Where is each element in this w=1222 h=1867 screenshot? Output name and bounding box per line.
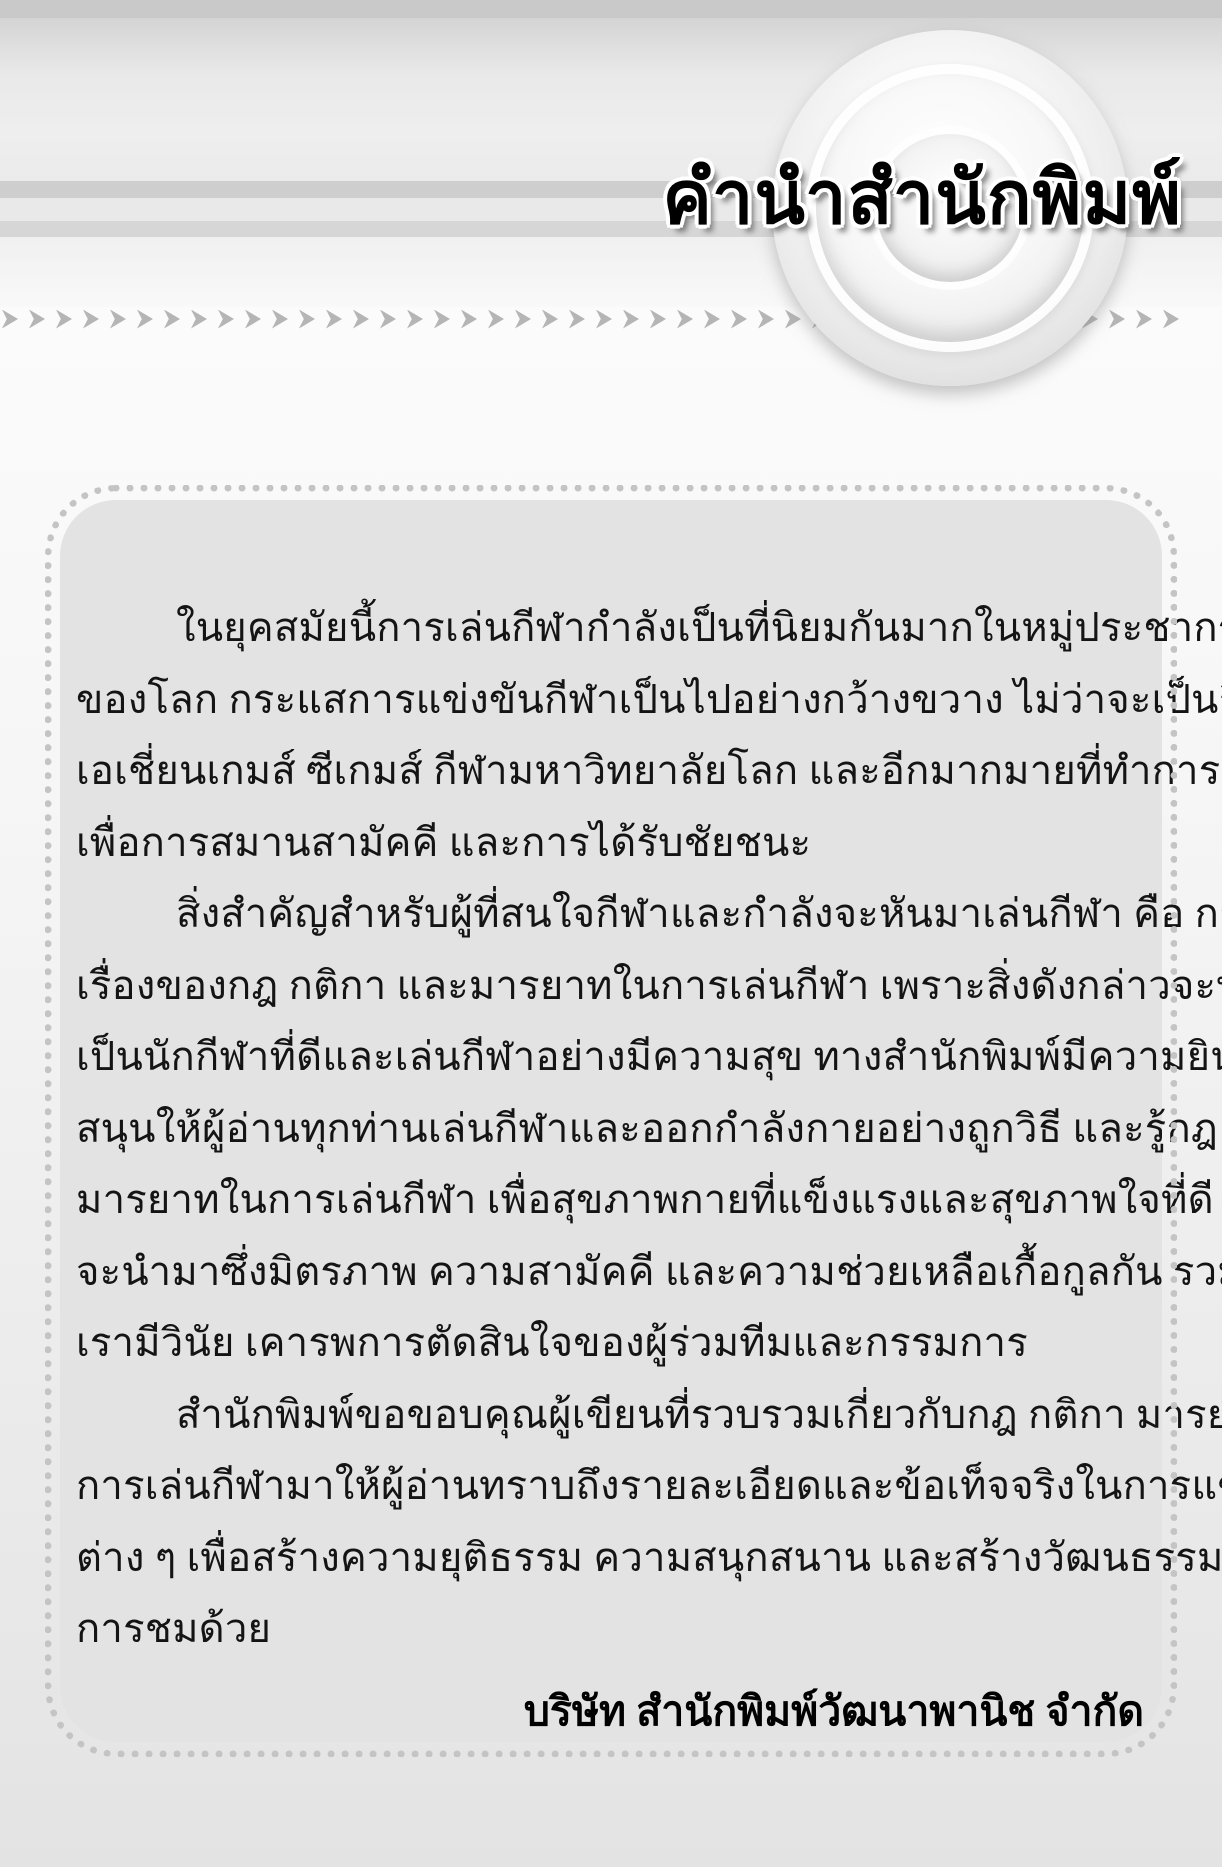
page-header: คำนำสำนักพิมพ์ <box>0 0 1222 400</box>
right-arrowhead-icon <box>731 310 747 329</box>
right-arrowhead-icon <box>677 310 693 329</box>
body-text-line: สนุนให้ผู้อ่านทุกท่านเล่นกีฬาและออกกำลัง… <box>76 1093 1148 1165</box>
right-arrowhead-icon <box>137 310 153 329</box>
body-text-line: สิ่งสำคัญสำหรับผู้ที่สนใจกีฬาและกำลังจะห… <box>76 878 1148 950</box>
paragraph: สำนักพิมพ์ขอขอบคุณผู้เขียนที่รวบรวมเกี่ย… <box>76 1379 1148 1665</box>
right-arrowhead-icon <box>758 310 774 329</box>
right-arrowhead-icon <box>461 310 477 329</box>
body-text-line: ในยุคสมัยนี้การเล่นกีฬากำลังเป็นที่นิยมก… <box>76 592 1148 664</box>
paragraph: ในยุคสมัยนี้การเล่นกีฬากำลังเป็นที่นิยมก… <box>76 592 1148 878</box>
body-text-line: ต่าง ๆ เพื่อสร้างความยุติธรรม ความสนุกสน… <box>76 1522 1148 1594</box>
right-arrowhead-icon <box>191 310 207 329</box>
body-text-line: เอเชี่ยนเกมส์ ซีเกมส์ กีฬามหาวิทยาลัยโลก… <box>76 735 1148 807</box>
top-bar <box>0 0 1222 18</box>
body-text-line: จะนำมาซึ่งมิตรภาพ ความสามัคคี และความช่ว… <box>76 1236 1148 1308</box>
right-arrowhead-icon <box>56 310 72 329</box>
right-arrowhead-icon <box>29 310 45 329</box>
right-arrowhead-icon <box>407 310 423 329</box>
body-text-line: เป็นนักกีฬาที่ดีและเล่นกีฬาอย่างมีความสุ… <box>76 1021 1148 1093</box>
page-title: คำนำสำนักพิมพ์ <box>662 158 1182 239</box>
right-arrowhead-icon <box>218 310 234 329</box>
body-text-line: ของโลก กระแสการแข่งขันกีฬาเป็นไปอย่างกว้… <box>76 664 1148 736</box>
right-arrowhead-icon <box>1136 310 1152 329</box>
right-arrowhead-icon <box>488 310 504 329</box>
body-text-line: เรื่องของกฎ กติกา และมารยาทในการเล่นกีฬา… <box>76 950 1148 1022</box>
body-text: ในยุคสมัยนี้การเล่นกีฬากำลังเป็นที่นิยมก… <box>76 592 1148 1665</box>
right-arrowhead-icon <box>542 310 558 329</box>
right-arrowhead-icon <box>272 310 288 329</box>
paragraph: สิ่งสำคัญสำหรับผู้ที่สนใจกีฬาและกำลังจะห… <box>76 878 1148 1379</box>
right-arrowhead-icon <box>596 310 612 329</box>
right-arrowhead-icon <box>353 310 369 329</box>
right-arrowhead-icon <box>1109 310 1125 329</box>
preface-page: คำนำสำนักพิมพ์ ในยุคสมัยนี้การเล่นกีฬากำ… <box>0 0 1222 1867</box>
body-text-line: การเล่นกีฬามาให้ผู้อ่านทราบถึงรายละเอียด… <box>76 1450 1148 1522</box>
right-arrowhead-icon <box>515 310 531 329</box>
right-arrowhead-icon <box>623 310 639 329</box>
preface-body-box: ในยุคสมัยนี้การเล่นกีฬากำลังเป็นที่นิยมก… <box>60 500 1162 1742</box>
publisher-signature: บริษัท สำนักพิมพ์วัฒนาพานิช จำกัด <box>76 1681 1148 1741</box>
right-arrowhead-icon <box>245 310 261 329</box>
right-arrowhead-icon <box>164 310 180 329</box>
right-arrowhead-icon <box>785 310 801 329</box>
body-text-line: มารยาทในการเล่นกีฬา เพื่อสุขภาพกายที่แข็… <box>76 1164 1148 1236</box>
right-arrowhead-icon <box>2 310 18 329</box>
right-arrowhead-icon <box>83 310 99 329</box>
right-arrowhead-icon <box>1163 310 1179 329</box>
body-text-line: สำนักพิมพ์ขอขอบคุณผู้เขียนที่รวบรวมเกี่ย… <box>76 1379 1148 1451</box>
right-arrowhead-icon <box>110 310 126 329</box>
body-text-line: เพื่อการสมานสามัคคี และการได้รับชัยชนะ <box>76 807 1148 879</box>
right-arrowhead-icon <box>704 310 720 329</box>
right-arrowhead-icon <box>380 310 396 329</box>
body-text-line: เรามีวินัย เคารพการตัดสินใจของผู้ร่วมทีม… <box>76 1307 1148 1379</box>
right-arrowhead-icon <box>299 310 315 329</box>
body-text-line: การชมด้วย <box>76 1593 1148 1665</box>
right-arrowhead-icon <box>569 310 585 329</box>
right-arrowhead-icon <box>434 310 450 329</box>
right-arrowhead-icon <box>650 310 666 329</box>
right-arrowhead-icon <box>326 310 342 329</box>
